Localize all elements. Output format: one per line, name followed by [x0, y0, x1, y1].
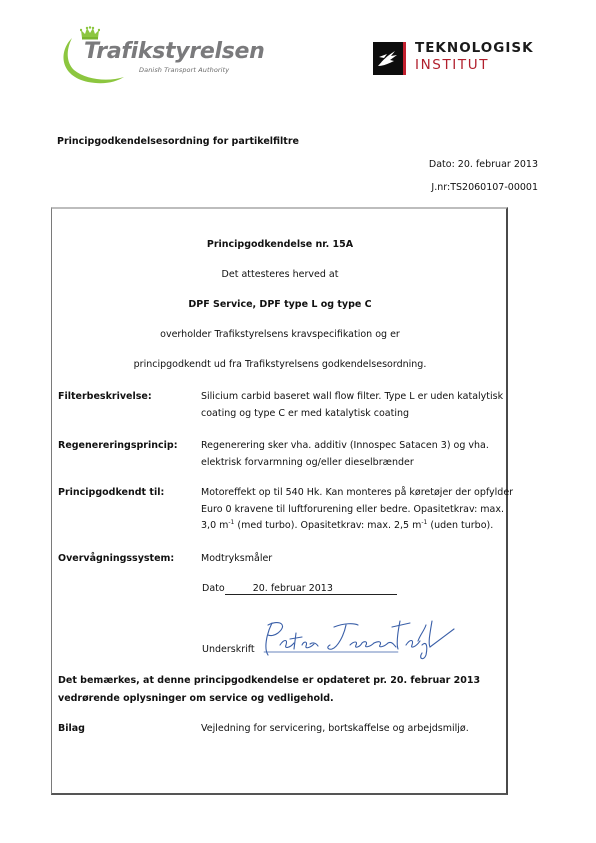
attest-intro: Det attesteres herved at [51, 269, 509, 280]
regeneration-principle-value: Regenerering sker vha. additiv (Innospec… [201, 438, 521, 471]
trafikstyrelsen-wordmark: Trafikstyrelsen [84, 39, 264, 64]
date-value: 20. februar 2013 [225, 583, 397, 595]
journal-number: J.nr:TS2060107-00001 [431, 182, 538, 193]
approved-for-label: Principgodkendt til: [58, 487, 164, 498]
trafikstyrelsen-logo: Trafikstyrelsen Danish Transport Authori… [58, 26, 248, 88]
compliance-line-2: principgodkendt ud fra Trafikstyrelsens … [51, 359, 509, 370]
bird-mark-icon [373, 42, 406, 75]
monitoring-system-label: Overvågningssystem: [58, 553, 174, 564]
teknologisk-wordmark: TEKNOLOGISK [415, 40, 534, 56]
filter-description-value: Silicium carbid baseret wall flow filter… [201, 389, 521, 422]
handwritten-signature [258, 615, 458, 663]
monitoring-system-value: Modtryksmåler [201, 551, 521, 568]
attachment-value: Vejledning for servicering, bortskaffels… [201, 721, 521, 738]
approval-number: Principgodkendelse nr. 15A [51, 239, 509, 250]
filter-description-label: Filterbeskrivelse: [58, 391, 152, 402]
update-notice: Det bemærkes, at denne principgodkendels… [58, 672, 518, 708]
document-heading: Principgodkendelsesordning for partikelf… [57, 136, 299, 147]
institut-wordmark: INSTITUT [415, 57, 489, 73]
approved-for-value: Motoreffekt op til 540 Hk. Kan monteres … [201, 485, 521, 535]
document-date: Dato: 20. februar 2013 [429, 159, 538, 170]
attachment-label: Bilag [58, 723, 85, 734]
teknologisk-institut-logo: TEKNOLOGISK INSTITUT [373, 40, 548, 80]
date-label: Dato [202, 583, 225, 594]
date-field: Dato20. februar 2013 [202, 583, 397, 595]
signature-label: Underskrift [202, 644, 255, 655]
regeneration-principle-label: Regenereringsprincip: [58, 440, 178, 451]
product-name: DPF Service, DPF type L og type C [51, 299, 509, 310]
trafikstyrelsen-tagline: Danish Transport Authority [139, 66, 229, 74]
compliance-line-1: overholder Trafikstyrelsens kravspecifik… [51, 329, 509, 340]
